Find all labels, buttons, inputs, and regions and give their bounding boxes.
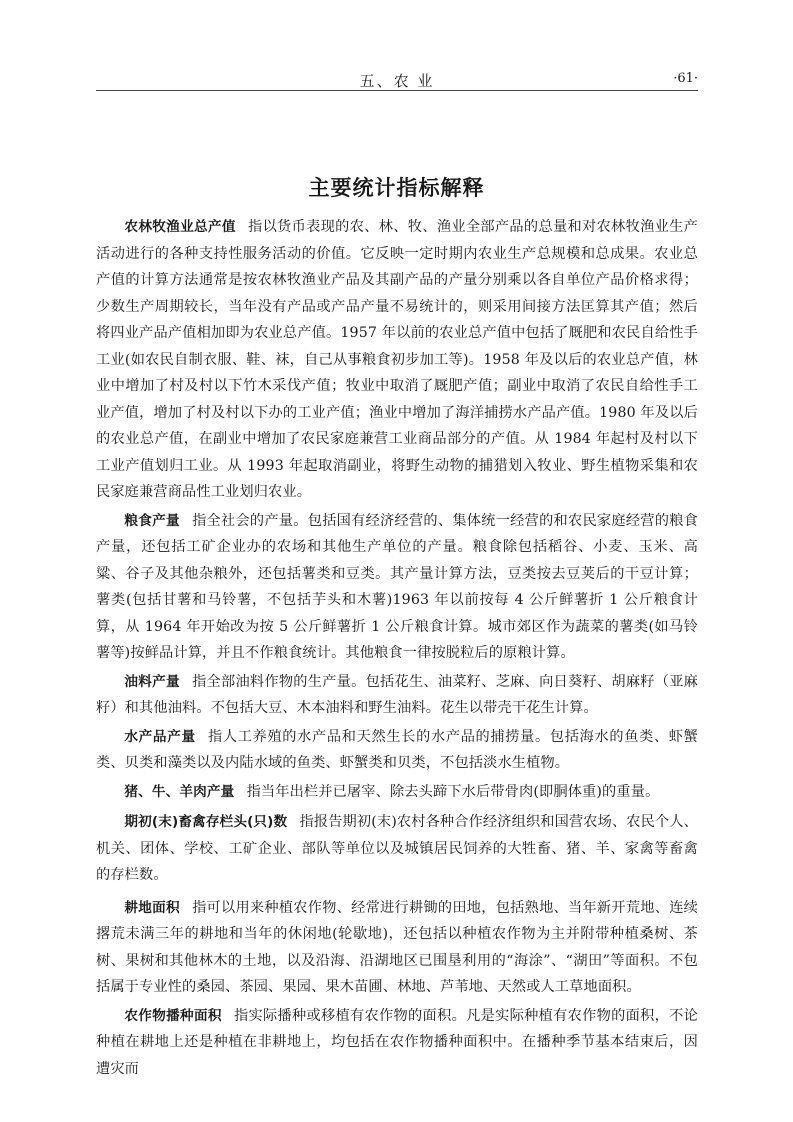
chapter-heading: 五、农 业 <box>96 70 698 91</box>
definition-paragraph: 农林牧渔业总产值指以货币表现的农、林、牧、渔业全部产品的总量和对农林牧渔业生产活… <box>96 214 698 506</box>
definition-paragraph: 猪、牛、羊肉产量指当年出栏并已屠宰、除去头蹄下水后带骨肉(即胴体重)的重量。 <box>96 779 698 806</box>
header-divider <box>96 90 698 91</box>
page-title: 主要统计指标解释 <box>0 172 793 202</box>
definition-term: 期初(末)畜禽存栏头(只)数 <box>124 814 287 830</box>
document-body: 农林牧渔业总产值指以货币表现的农、林、牧、渔业全部产品的总量和对农林牧渔业生产活… <box>96 214 698 1082</box>
definition-term: 猪、牛、羊肉产量 <box>124 784 234 800</box>
definition-text: 指以货币表现的农、林、牧、渔业全部产品的总量和对农林牧渔业生产活动进行的各种支持… <box>96 219 698 500</box>
definition-text: 指全部油料作物的生产量。包括花生、油菜籽、芝麻、向日葵籽、胡麻籽（亚麻籽）和其他… <box>96 674 698 717</box>
running-header: 五、农 业 ·61· <box>96 70 698 90</box>
definition-paragraph: 油料产量指全部油料作物的生产量。包括花生、油菜籽、芝麻、向日葵籽、胡麻籽（亚麻籽… <box>96 669 698 722</box>
definition-text: 指可以用来种植农作物、经常进行耕锄的田地，包括熟地、当年新开荒地、连续撂荒未满三… <box>96 900 698 996</box>
definition-term: 农作物播种面积 <box>124 1008 221 1024</box>
definition-term: 耕地面积 <box>124 900 179 916</box>
definition-paragraph: 耕地面积指可以用来种植农作物、经常进行耕锄的田地，包括熟地、当年新开荒地、连续撂… <box>96 895 698 1001</box>
page-number: ·61· <box>673 71 698 86</box>
definition-term: 油料产量 <box>124 674 179 690</box>
definition-term: 农林牧渔业总产值 <box>124 219 235 235</box>
definition-paragraph: 粮食产量指全社会的产量。包括国有经济经营的、集体统一经营的和农民家庭经营的粮食产… <box>96 508 698 667</box>
definition-text: 指全社会的产量。包括国有经济经营的、集体统一经营的和农民家庭经营的粮食产量，还包… <box>96 513 698 662</box>
definition-paragraph: 期初(末)畜禽存栏头(只)数指报告期初(末)农村各种合作经济组织和国营农场、农民… <box>96 809 698 889</box>
definition-term: 水产品产量 <box>124 729 195 745</box>
definition-paragraph: 农作物播种面积指实际播种或移植有农作物的面积。凡是实际种植有农作物的面积，不论种… <box>96 1003 698 1083</box>
definition-text: 指当年出栏并已屠宰、除去头蹄下水后带骨肉(即胴体重)的重量。 <box>247 784 660 800</box>
definition-paragraph: 水产品产量指人工养殖的水产品和天然生长的水产品的捕捞量。包括海水的鱼类、虾蟹类、… <box>96 724 698 777</box>
definition-term: 粮食产量 <box>124 513 179 529</box>
